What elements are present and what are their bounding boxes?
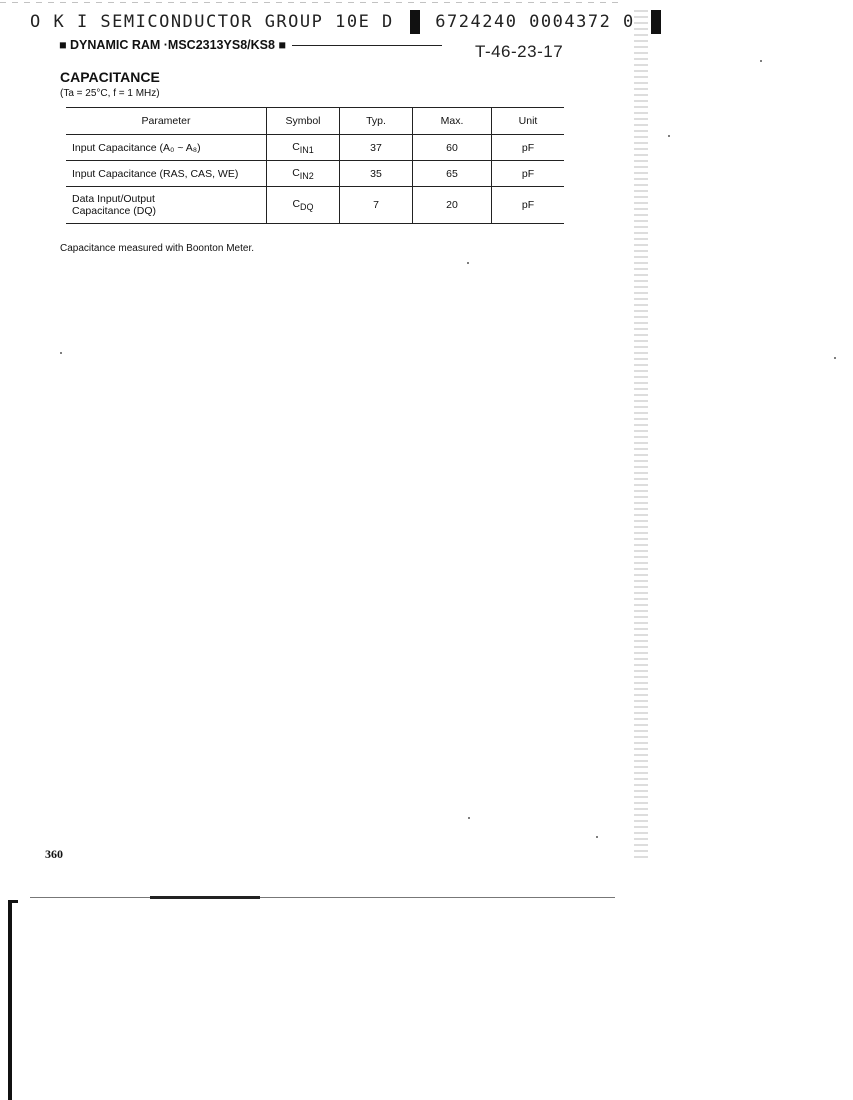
doc-code: T-46-23-17	[475, 42, 563, 62]
col-max: Max.	[413, 108, 492, 135]
cell-parameter: Input Capacitance (A₀ ~ A₈)	[66, 135, 267, 161]
table-row: Input Capacitance (RAS, CAS, WE) CIN2 35…	[66, 161, 564, 187]
symbol-sub: DQ	[300, 202, 314, 212]
symbol-base: C	[292, 198, 300, 210]
product-line-text: ■ DYNAMIC RAM ·MSC2313YS8/KS8 ■	[59, 38, 286, 52]
cell-symbol: CIN1	[267, 135, 340, 161]
parameter-line-1: Data Input/Output	[72, 193, 260, 205]
table-header-row: Parameter Symbol Typ. Max. Unit	[66, 108, 564, 135]
symbol-base: C	[292, 167, 300, 179]
measurement-note: Capacitance measured with Boonton Meter.	[60, 243, 254, 254]
cell-typ: 35	[340, 161, 413, 187]
parameter-line-2: Capacitance (DQ)	[72, 205, 260, 217]
cell-parameter: Data Input/OutputCapacitance (DQ)	[66, 187, 267, 224]
product-line-header: ■ DYNAMIC RAM ·MSC2313YS8/KS8 ■	[59, 38, 442, 52]
cell-symbol: CDQ	[267, 187, 340, 224]
col-unit: Unit	[492, 108, 565, 135]
scan-left-bar	[8, 900, 12, 1100]
col-parameter: Parameter	[66, 108, 267, 135]
table-row: Input Capacitance (A₀ ~ A₈) CIN1 37 60 p…	[66, 135, 564, 161]
symbol-base: C	[292, 141, 300, 153]
scan-speck	[834, 357, 836, 359]
scan-speck	[760, 60, 762, 62]
scan-bottom-mark	[150, 896, 260, 899]
cell-unit: pF	[492, 187, 565, 224]
scan-bottom-edge	[30, 897, 615, 898]
cell-unit: pF	[492, 161, 565, 187]
header-stamp: O K I SEMICONDUCTOR GROUP 10E D 6724240 …	[30, 10, 665, 34]
barcode-block	[410, 10, 420, 34]
cell-symbol: CIN2	[267, 161, 340, 187]
barcode-block-end	[651, 10, 661, 34]
scan-speck	[596, 836, 598, 838]
table-row: Data Input/OutputCapacitance (DQ) CDQ 7 …	[66, 187, 564, 224]
scan-top-edge	[0, 2, 620, 3]
cell-unit: pF	[492, 135, 565, 161]
section-title: CAPACITANCE	[60, 69, 160, 85]
scan-speck	[668, 135, 670, 137]
symbol-sub: IN1	[300, 145, 314, 155]
stamp-left: O K I SEMICONDUCTOR GROUP 10E D	[30, 12, 394, 32]
page-number: 360	[45, 847, 63, 862]
cell-parameter: Input Capacitance (RAS, CAS, WE)	[66, 161, 267, 187]
scan-speck	[60, 352, 62, 354]
cell-max: 20	[413, 187, 492, 224]
col-typ: Typ.	[340, 108, 413, 135]
col-symbol: Symbol	[267, 108, 340, 135]
capacitance-table: Parameter Symbol Typ. Max. Unit Input Ca…	[66, 107, 564, 224]
test-conditions: (Ta = 25°C, f = 1 MHz)	[60, 88, 160, 99]
stamp-right: 6724240 0004372 0	[435, 12, 635, 32]
cell-max: 65	[413, 161, 492, 187]
scan-page-edge	[634, 10, 648, 860]
scan-speck	[468, 817, 470, 819]
cell-max: 60	[413, 135, 492, 161]
cell-typ: 7	[340, 187, 413, 224]
scan-speck	[467, 262, 469, 264]
header-rule	[292, 45, 442, 47]
symbol-sub: IN2	[300, 171, 314, 181]
cell-typ: 37	[340, 135, 413, 161]
